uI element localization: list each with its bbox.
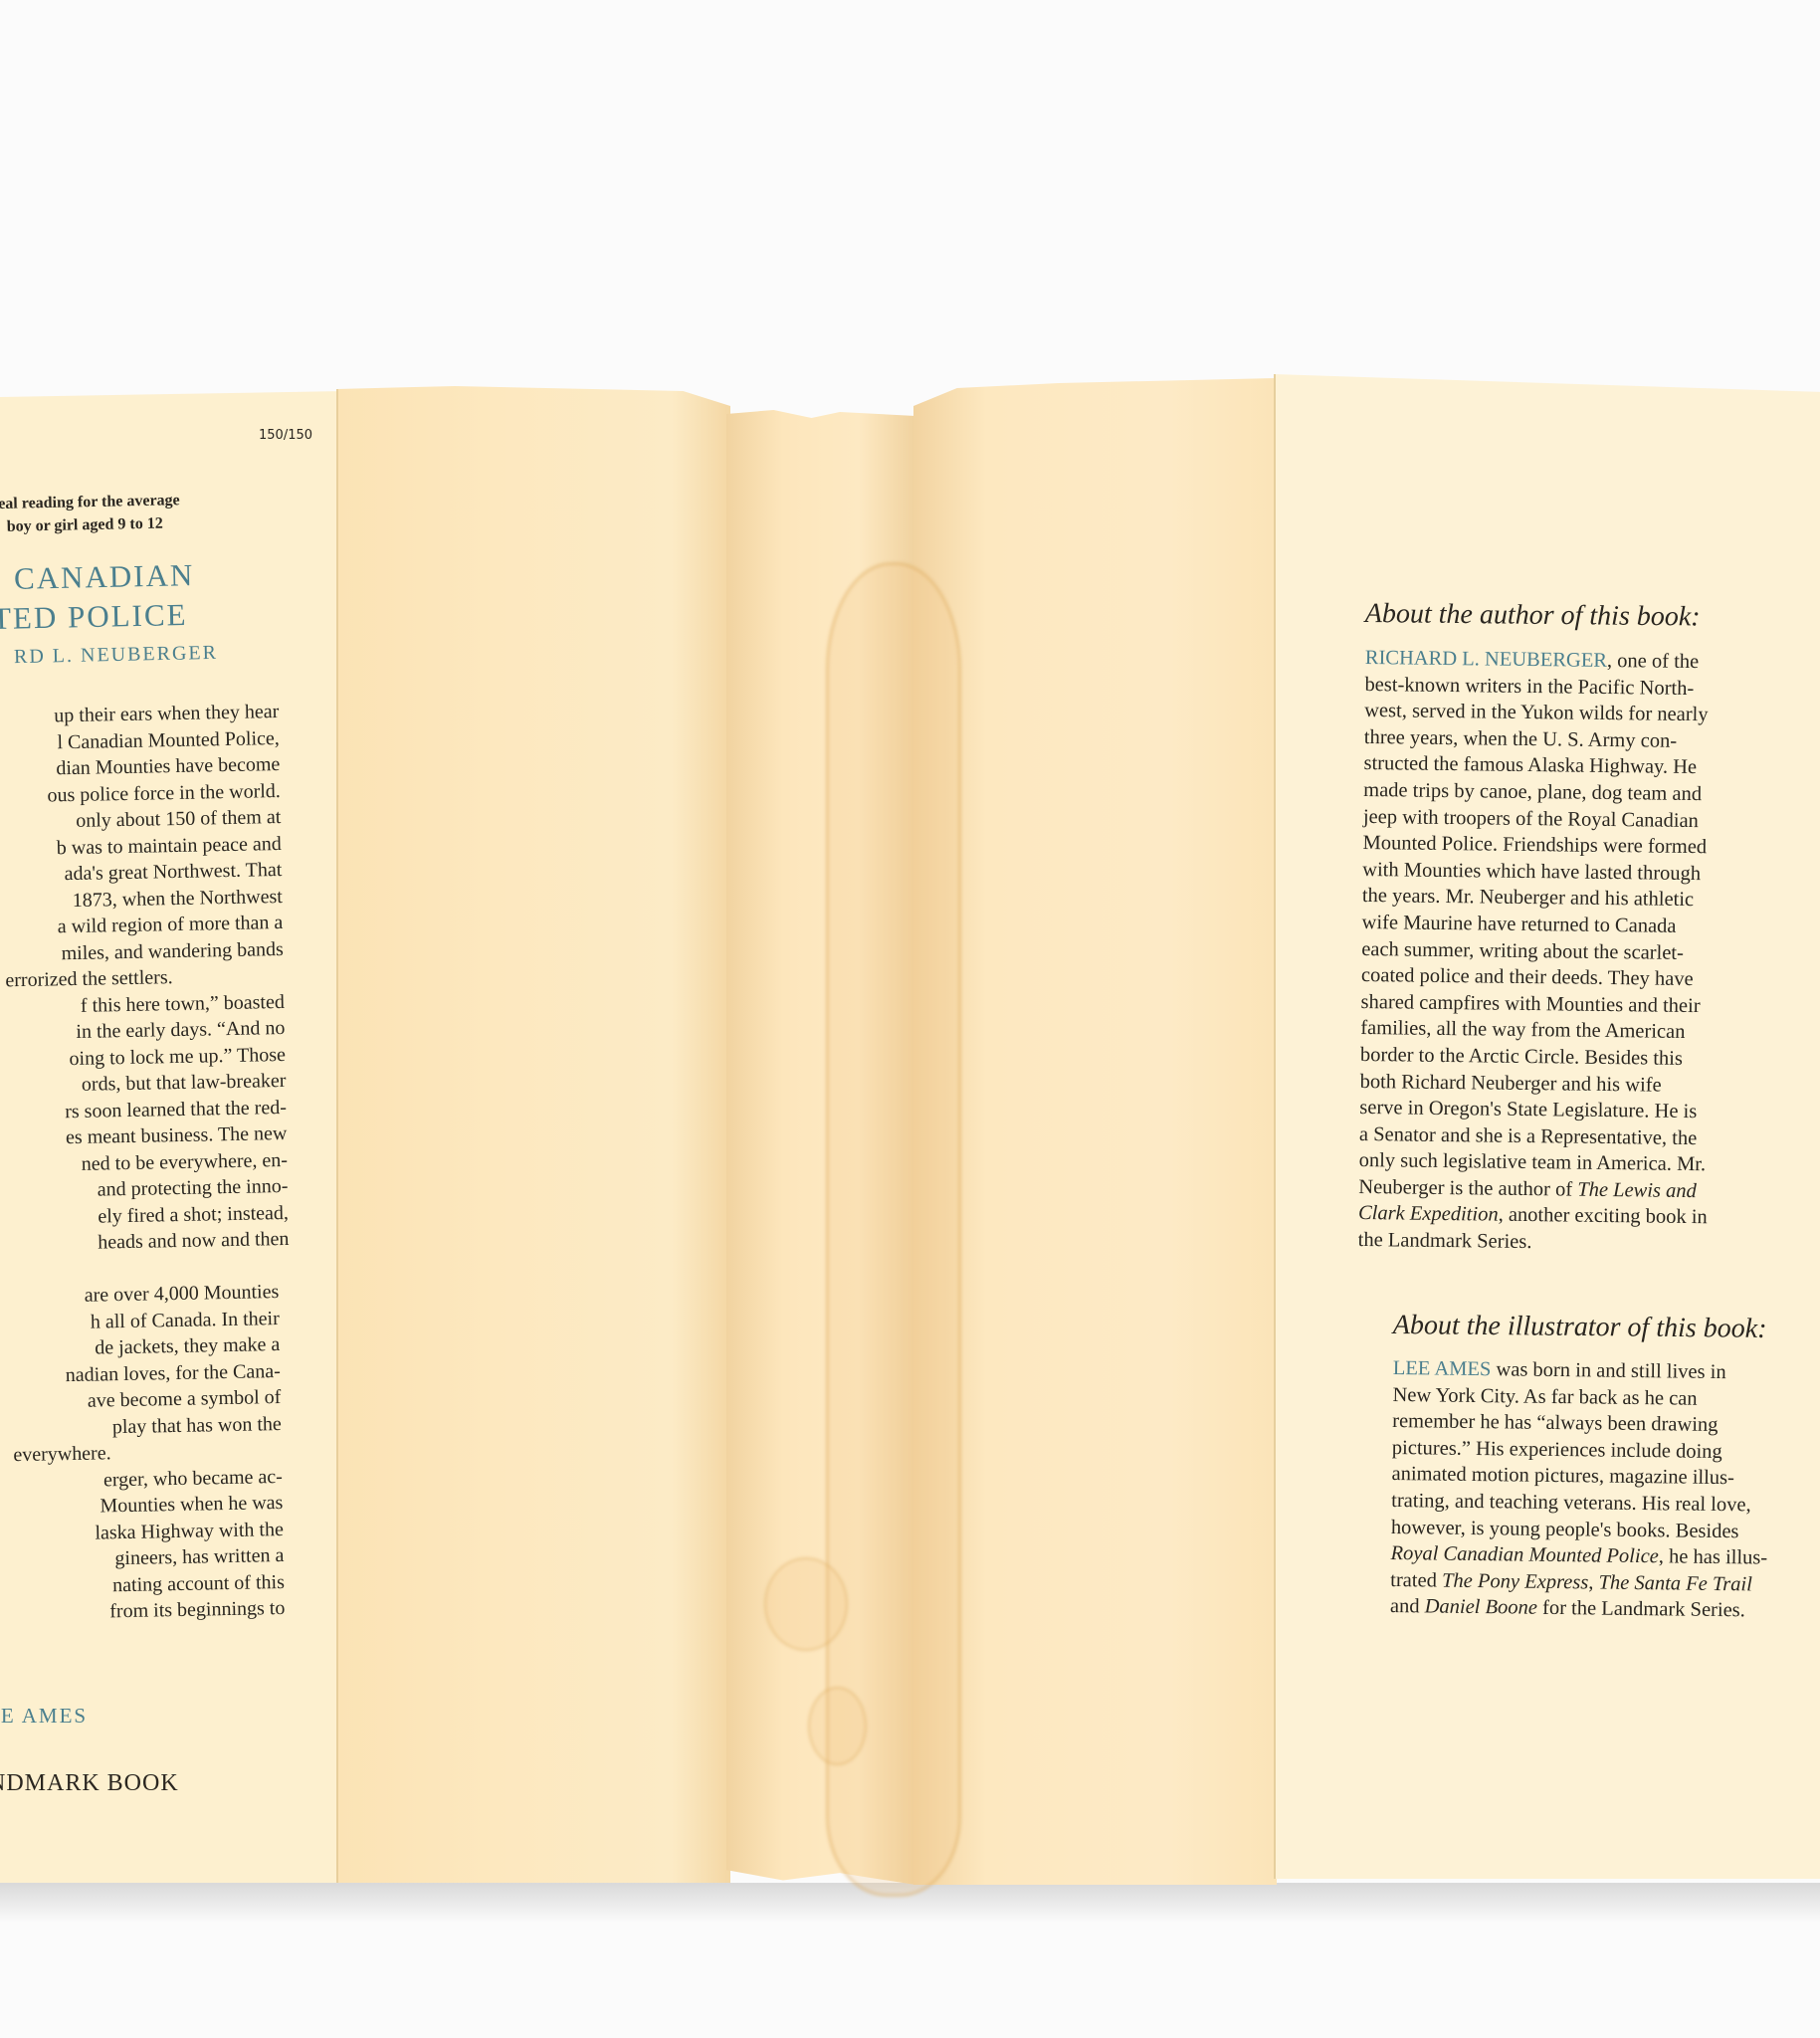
front-flap-panel: About the author of this book: RICHARD L… <box>1274 374 1820 1879</box>
bio-line: made trips by canoe, plane, dog team and <box>1363 777 1713 808</box>
water-stain-drop <box>764 1557 848 1651</box>
bio-line: serve in Oregon's State Legislature. He … <box>1359 1095 1709 1125</box>
bio-line: RICHARD L. NEUBERGER, one of the <box>1365 645 1715 676</box>
book-title: Daniel Boone <box>1425 1596 1538 1619</box>
bio-line: west, served in the Yukon wilds for near… <box>1364 698 1714 728</box>
water-stain-drop <box>808 1687 867 1765</box>
bio-line: trating, and teaching veterans. His real… <box>1391 1488 1768 1519</box>
illustrator-heading: About the illustrator of this book: <box>1393 1310 1767 1345</box>
bio-line: wife Maurine have returned to Canada <box>1361 910 1711 940</box>
bio-text: was born in and still lives in <box>1491 1358 1726 1383</box>
tagline-line: boy or girl aged 9 to 12 <box>0 510 238 538</box>
illustrator-bio: LEE AMES was born in and still lives in … <box>1390 1355 1770 1625</box>
bio-line: and Daniel Boone for the Landmark Series… <box>1390 1593 1767 1624</box>
author-name-highlight: RICHARD L. NEUBERGER <box>1365 647 1607 672</box>
bio-line: both Richard Neuberger and his wife <box>1359 1068 1709 1099</box>
bio-line: coated police and their deeds. They have <box>1361 962 1711 993</box>
author-heading: About the author of this book: <box>1365 598 1701 634</box>
author-bio: RICHARD L. NEUBERGER, one of the best-kn… <box>1358 645 1715 1258</box>
bio-line: the Landmark Series. <box>1358 1227 1708 1258</box>
inner-blank-panel-right <box>913 378 1277 1885</box>
series-name: NDMARK BOOK <box>0 1770 179 1797</box>
book-title-line2: TED POLICE <box>0 597 188 637</box>
book-title: Royal Canadian Mounted Police <box>1390 1542 1659 1567</box>
bio-line: the years. Mr. Neuberger and his athleti… <box>1362 883 1712 914</box>
bio-text: , another exciting book in <box>1499 1204 1708 1229</box>
bio-text: , one of the <box>1607 650 1699 673</box>
bio-line: border to the Arctic Circle. Besides thi… <box>1360 1042 1710 1073</box>
book-title-line1: CANADIAN <box>14 557 195 597</box>
book-title: The Lewis and <box>1577 1179 1697 1202</box>
blurb-paragraph-2: are over 4,000 Mounties h all of Canada.… <box>0 1279 286 1627</box>
price-label: 150/150 <box>259 428 312 443</box>
illustrator-credit: EE AMES <box>0 1704 88 1729</box>
bio-line: with Mounties which have lasted through <box>1362 857 1712 888</box>
inner-blank-panel-left <box>336 386 730 1883</box>
tagline: eal reading for the average boy or girl … <box>0 488 238 538</box>
bio-text: trated <box>1390 1569 1437 1592</box>
bio-line: LEE AMES was born in and still lives in <box>1393 1355 1770 1386</box>
book-title: Clark Expedition <box>1358 1202 1499 1226</box>
book-title: The Santa Fe Trail <box>1598 1571 1752 1595</box>
blurb-paragraph-1: up their ears when they hear l Canadian … <box>0 699 290 1258</box>
illustrator-name-highlight: LEE AMES <box>1393 1357 1492 1380</box>
bio-text: , he has illus- <box>1659 1545 1768 1568</box>
book-title: The Pony Express <box>1442 1569 1589 1593</box>
bio-text: Neuberger is the author of <box>1358 1176 1572 1201</box>
blurb-line: from its beginnings to <box>0 1595 286 1627</box>
bio-line: only such legislative team in America. M… <box>1359 1147 1709 1178</box>
author-name: RD L. NEUBERGER <box>14 642 218 669</box>
bio-line: Mounted Police. Friendships were formed <box>1362 830 1712 861</box>
bio-line: jeep with troopers of the Royal Canadian <box>1363 804 1713 835</box>
bio-line: structed the famous Alaska Highway. He <box>1363 750 1713 781</box>
bio-line: families, all the way from the American <box>1360 1015 1710 1046</box>
bio-text: and <box>1390 1595 1420 1617</box>
bio-text: for the Landmark Series. <box>1537 1597 1745 1622</box>
blurb-line: heads and now and then <box>0 1226 290 1258</box>
